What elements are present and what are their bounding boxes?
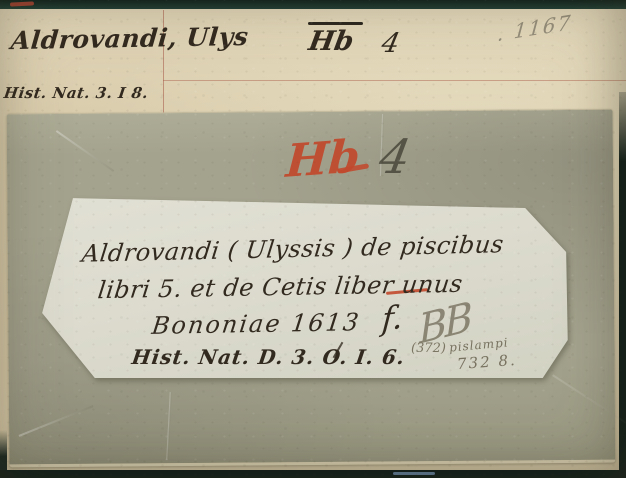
author-heading: Aldrovandi, Ulys: [10, 22, 250, 55]
ruled-line-horizontal: [163, 80, 626, 81]
shelfmark-number: 4: [379, 28, 403, 59]
label-subtitle-line: libri 5. et de Cetis liber unus: [96, 270, 464, 304]
label-paper: Aldrovandi ( Ulyssis ) de piscibus libri…: [40, 193, 572, 381]
shelfmark-code: Hb: [306, 26, 356, 57]
label-title-line: Aldrovandi ( Ulyssis ) de piscibus: [80, 230, 505, 268]
pencil-number: 732 8.: [456, 351, 517, 373]
blue-edge-mark: [393, 472, 435, 475]
red-shelfmark-code: Hb: [284, 129, 362, 188]
label-classmark-line: Hist. Nat. D. 3. O. I. 6.: [130, 345, 406, 369]
shelfmark-overline: [308, 22, 363, 25]
bottom-scan-edge: [0, 470, 626, 478]
old-classmark: Hist. Nat. 3. I 8.: [3, 84, 150, 102]
top-scan-edge: [0, 0, 626, 9]
catalogue-card-scan: Aldrovandi, Ulys Hist. Nat. 3. I 8. Hb 4…: [0, 0, 626, 478]
label-imprint-mark: f.: [381, 298, 404, 339]
pasted-label: Aldrovandi ( Ulyssis ) de piscibus libri…: [40, 193, 572, 381]
pencil-accession-number: . 1167: [496, 10, 573, 46]
pencil-reference: (372): [411, 341, 446, 356]
label-imprint-line: Bononiae 1613: [150, 308, 362, 340]
